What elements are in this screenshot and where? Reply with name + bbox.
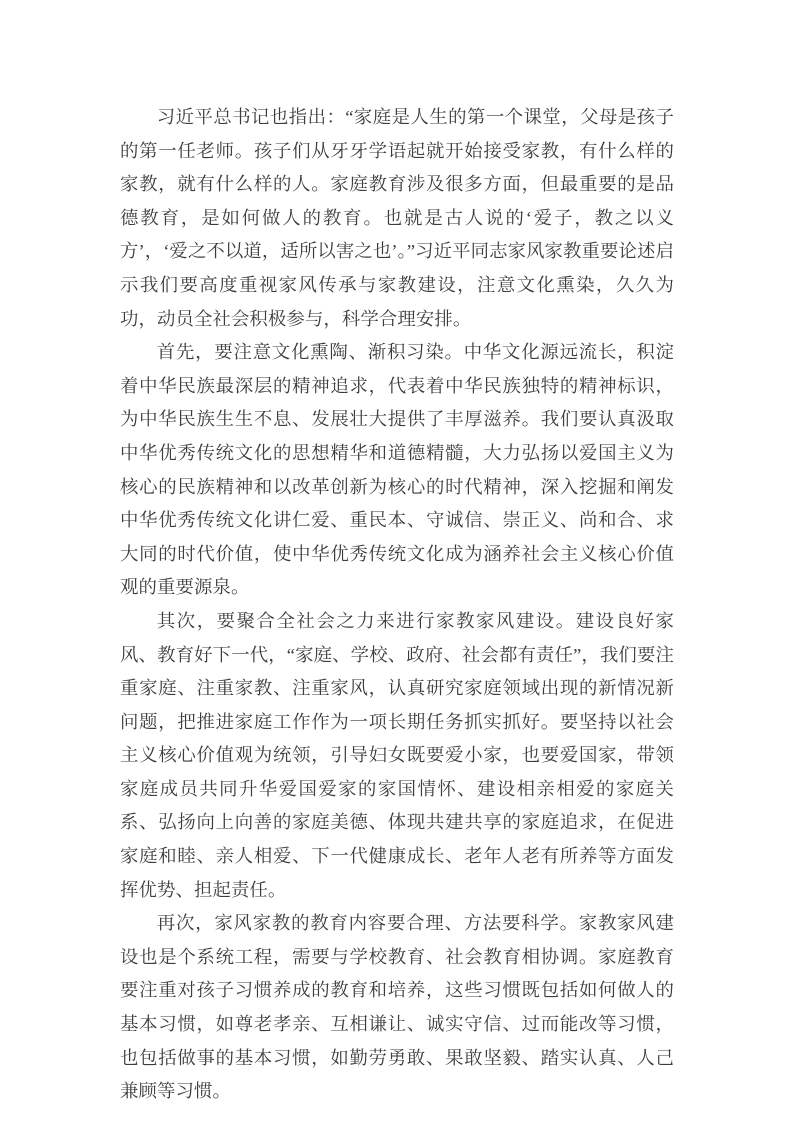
paragraph-first-point: 首先，要注意文化熏陶、渐积习染。中华文化源远流长，积淀着中华民族最深层的精神追求… [120,336,674,605]
paragraph-second-point: 其次，要聚合全社会之力来进行家教家风建设。建设良好家风、教育好下一代，“家庭、学… [120,605,674,907]
paragraph-quote-xi: 习近平总书记也指出：“家庭是人生的第一个课堂，父母是孩子的第一任老师。孩子们从牙… [120,101,674,336]
document-page: 习近平总书记也指出：“家庭是人生的第一个课堂，父母是孩子的第一任老师。孩子们从牙… [0,0,794,1123]
paragraph-third-point: 再次，家风家教的教育内容要合理、方法要科学。家教家风建设也是个系统工程，需要与学… [120,907,674,1109]
